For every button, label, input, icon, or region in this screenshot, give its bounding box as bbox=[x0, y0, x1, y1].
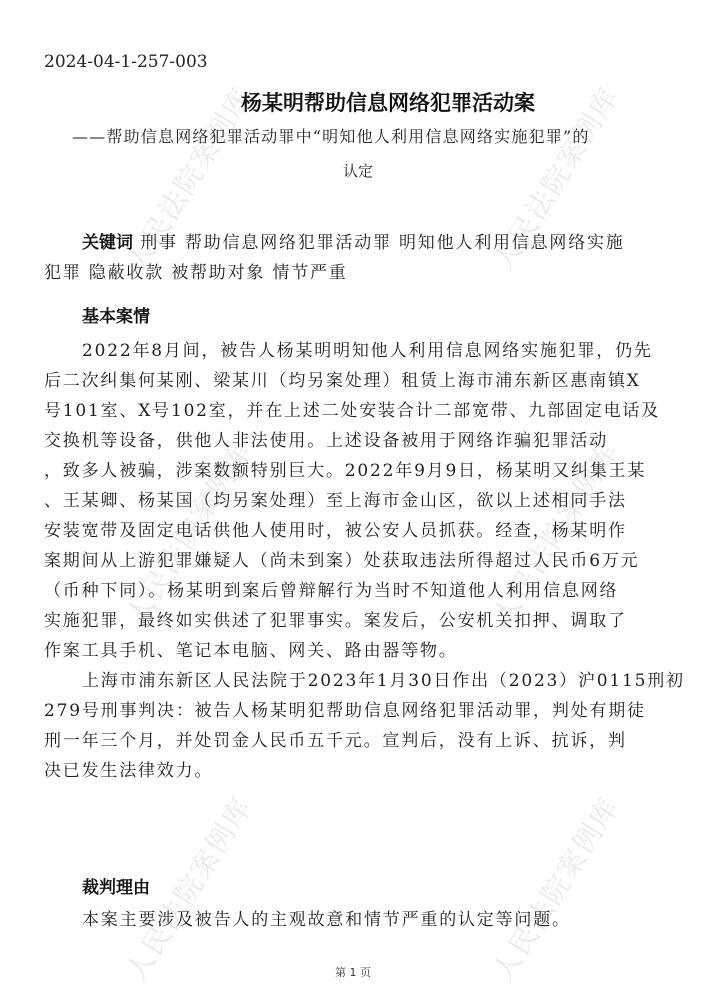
page-number: 第 1 页 bbox=[0, 964, 706, 980]
paragraph-line: 279号刑事判决：被告人杨某明犯帮助信息网络犯罪活动罪，判处有期徒 bbox=[44, 696, 662, 726]
paragraph-line: 、王某卿、杨某国（均另案处理）至上海市金山区，欲以上述相同手法 bbox=[44, 486, 662, 516]
document-title: 杨某明帮助信息网络犯罪活动案 bbox=[0, 87, 706, 117]
document-page: 人民法院案例库 人民法院案例库 人民法院案例库 人民法院案例库 人民法院案例库 … bbox=[0, 0, 706, 999]
paragraph-line: 本案主要涉及被告人的主观故意和情节严重的认定等问题。 bbox=[44, 905, 662, 935]
paragraph-line: 2022年8月间，被告人杨某明明知他人利用信息网络实施犯罪，仍先 bbox=[44, 336, 662, 366]
document-subtitle: ——帮助信息网络犯罪活动罪中“明知他人利用信息网络实施犯罪”的 bbox=[72, 124, 590, 147]
keywords-line: 犯罪 隐蔽收款 被帮助对象 情节严重 bbox=[44, 258, 662, 288]
section-heading-basic-facts: 基本案情 bbox=[82, 302, 150, 327]
paragraph-line: 实施犯罪，最终如实供述了犯罪事实。案发后，公安机关扣押、调取了 bbox=[44, 606, 662, 636]
reasoning-body: 本案主要涉及被告人的主观故意和情节严重的认定等问题。 bbox=[44, 905, 662, 935]
paragraph-line: 交换机等设备，供他人非法使用。上述设备被用于网络诈骗犯罪活动 bbox=[44, 426, 662, 456]
keywords-label: 关键词 bbox=[82, 233, 133, 253]
paragraph-line: 案期间从上游犯罪嫌疑人（尚未到案）处获取违法所得超过人民币6万元 bbox=[44, 546, 662, 576]
paragraph-line: 刑一年三个月，并处罚金人民币五千元。宣判后，没有上诉、抗诉，判 bbox=[44, 726, 662, 756]
paragraph-line: 作案工具手机、笔记本电脑、网关、路由器等物。 bbox=[44, 636, 662, 666]
keywords-block: 关键词 刑事 帮助信息网络犯罪活动罪 明知他人利用信息网络实施 犯罪 隐蔽收款 … bbox=[44, 228, 662, 288]
paragraph-line: 安装宽带及固定电话供他人使用时，被公安人员抓获。经查，杨某明作 bbox=[44, 516, 662, 546]
paragraph-line: （币种下同）。杨某明到案后曾辩解行为当时不知道他人利用信息网络 bbox=[44, 576, 662, 606]
keywords-line: 关键词 刑事 帮助信息网络犯罪活动罪 明知他人利用信息网络实施 bbox=[44, 228, 662, 258]
section-heading-reasoning: 裁判理由 bbox=[82, 873, 150, 898]
paragraph-line: 后二次纠集何某刚、梁某川（均另案处理）租赁上海市浦东新区惠南镇X bbox=[44, 366, 662, 396]
paragraph-line: 决已发生法律效力。 bbox=[44, 756, 662, 786]
paragraph-line: ，致多人被骗，涉案数额特别巨大。2022年9月9日，杨某明又纠集王某 bbox=[44, 456, 662, 486]
case-number: 2024-04-1-257-003 bbox=[44, 52, 208, 72]
paragraph-line: 号101室、X号102室，并在上述二处安装合计二部宽带、九部固定电话及 bbox=[44, 396, 662, 426]
basic-facts-body: 2022年8月间，被告人杨某明明知他人利用信息网络实施犯罪，仍先 后二次纠集何某… bbox=[44, 336, 662, 786]
keywords-text: 刑事 帮助信息网络犯罪活动罪 明知他人利用信息网络实施 bbox=[133, 233, 625, 253]
paragraph-line: 上海市浦东新区人民法院于2023年1月30日作出（2023）沪0115刑初 bbox=[44, 666, 662, 696]
document-subtitle-continued: 认定 bbox=[0, 160, 706, 181]
